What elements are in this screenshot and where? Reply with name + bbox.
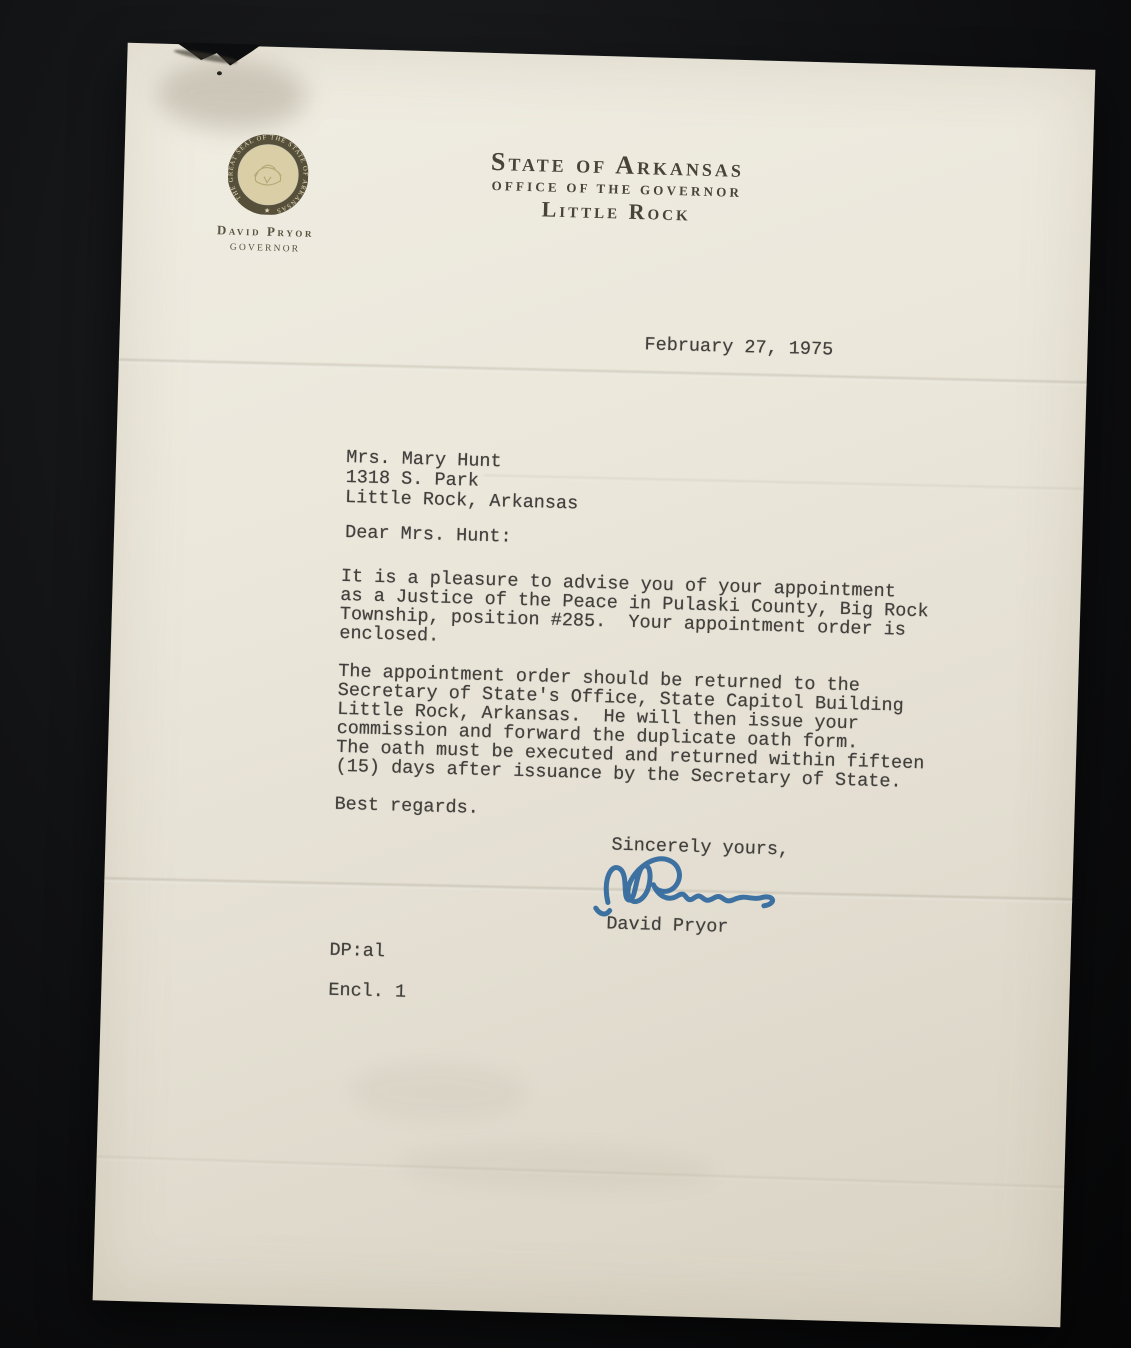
signer-typed-name: David Pryor	[606, 914, 729, 937]
seal-star-icon: ★	[264, 207, 271, 215]
paper-speck	[217, 71, 222, 75]
enclosure-note: Encl. 1	[328, 981, 406, 1003]
body-paragraph: Best regards.	[334, 795, 923, 830]
recipient-address: Mrs. Mary Hunt1318 S. ParkLittle Rock, A…	[345, 448, 580, 514]
date-line: February 27, 1975	[644, 335, 833, 360]
letter-body: It is a pleasure to advise you of your a…	[334, 567, 930, 849]
ink-ghost-smudge	[396, 1141, 717, 1196]
body-paragraph: The appointment order should be returned…	[335, 662, 926, 792]
governor-name: David Pryor	[175, 221, 355, 242]
reference-initials: DP:al	[329, 941, 385, 963]
salutation: Dear Mrs. Hunt:	[345, 523, 512, 548]
recipient-line: Little Rock, Arkansas	[345, 488, 579, 515]
state-seal: THE GREAT SEAL OF THE STATE OF ARKANSAS …	[227, 134, 309, 216]
letter-paper: THE GREAT SEAL OF THE STATE OF ARKANSAS …	[93, 43, 1096, 1328]
governor-title: GOVERNOR	[175, 241, 355, 256]
body-paragraph: It is a pleasure to advise you of your a…	[339, 567, 929, 659]
fold-crease	[119, 359, 1087, 386]
ink-ghost-smudge	[348, 1059, 530, 1124]
photo-background: THE GREAT SEAL OF THE STATE OF ARKANSAS …	[0, 0, 1131, 1348]
tear-shadow	[155, 58, 307, 132]
letterhead-title-block: State of Arkansas OFFICE OF THE GOVERNOR…	[376, 144, 858, 231]
body-line: Best regards.	[334, 795, 923, 830]
